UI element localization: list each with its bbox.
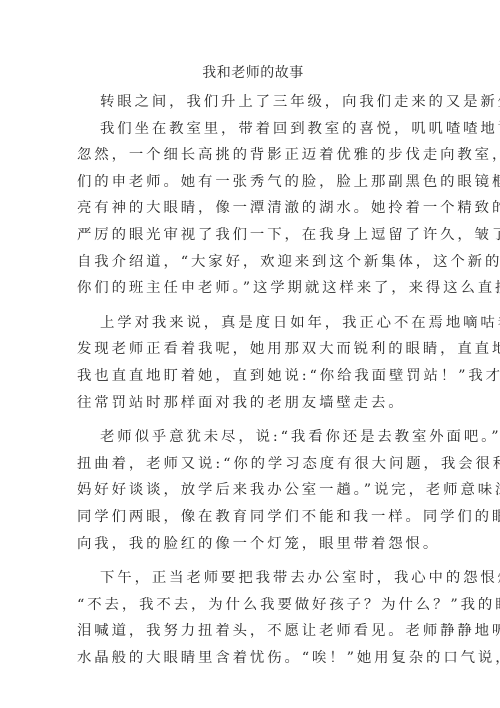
text-line: 们的申老师。她有一张秀气的脸，脸上那副黑色的眼镜框着一双明 (77, 169, 429, 196)
text-line: 妈好好谈谈，放学后来我办公室一趟。”说完，老师意味深长地看了 (77, 477, 429, 504)
paragraph-2: 我们坐在教室里，带着回到教室的喜悦，叽叽喳喳地说笑着。 忽然，一个细长高挑的背影… (77, 116, 429, 302)
text-line: 老师似乎意犹未尽，说:“我看你还是去教室外面吧。”我的脸 (77, 424, 429, 451)
text-line: 自我介绍道，“大家好，欢迎来到这个新集体，这个新的班级，我是 (77, 249, 429, 276)
text-line: 泪喊道，我努力扭着头，不愿让老师看见。老师静静地听着，那双 (77, 618, 429, 645)
text-line: 我也直直地盯着她，直到她说:“你给我面壁罚站！”我才怔住，像 (77, 363, 429, 390)
text-line: 往常罚站时那样面对我的老朋友墙壁走去。 (77, 390, 429, 417)
text-line: 亮有神的大眼睛，像一潭清澈的湖水。她拎着一个精致的小包，用 (77, 195, 429, 222)
document-title: 我和老师的故事 (77, 62, 429, 84)
text-line: 转眼之间，我们升上了三年级，向我们走来的又是新生活! (77, 89, 429, 116)
text-line: 我们坐在教室里，带着回到教室的喜悦，叽叽喳喳地说笑着。 (77, 116, 429, 143)
text-line: 你们的班主任申老师。”这学期就这样来了，来得这么直接。 (77, 275, 429, 302)
text-line: 发现老师正看着我呢，她用那双大而锐利的眼睛，直直地盯着我， (77, 336, 429, 363)
paragraph-3: 上学对我来说，真是度日如年，我正心不在焉地嘀咕着，突然 发现老师正看着我呢，她用… (77, 310, 429, 416)
text-line: 同学们两眼，像在教育同学们不能和我一样。同学们的眼光一并投 (77, 504, 429, 531)
paragraph-4: 老师似乎意犹未尽，说:“我看你还是去教室外面吧。”我的脸 扭曲着，老师又说:“你… (77, 424, 429, 557)
paragraph-spacer (77, 557, 429, 565)
paragraph-5: 下午，正当老师要把我带去办公室时，我心中的怨恨爆发了。 “不去，我不去，为什么我… (77, 565, 429, 671)
text-line: 严厉的眼光审视了我们一下，在我身上逗留了许久，皱了皱眉头， (77, 222, 429, 249)
text-line: 忽然，一个细长高挑的背影正迈着优雅的步伐走向教室，那正是我 (77, 142, 429, 169)
text-line: “不去，我不去，为什么我要做好孩子？为什么？”我的眼里含着 (77, 592, 429, 619)
text-line: 上学对我来说，真是度日如年，我正心不在焉地嘀咕着，突然 (77, 310, 429, 337)
document-page: 我和老师的故事 转眼之间，我们升上了三年级，向我们走来的又是新生活! 我们坐在教… (77, 62, 429, 671)
text-line: 水晶般的大眼睛里含着忧伤。“唉！”她用复杂的口气说，然后拍了 (77, 645, 429, 672)
text-line: 向我，我的脸红的像一个灯笼，眼里带着怨恨。 (77, 531, 429, 558)
paragraph-1: 转眼之间，我们升上了三年级，向我们走来的又是新生活! (77, 89, 429, 116)
paragraph-spacer (77, 302, 429, 310)
paragraph-spacer (77, 416, 429, 424)
text-line: 扭曲着，老师又说:“你的学习态度有很大问题，我会很和你爸爸妈 (77, 451, 429, 478)
text-line: 下午，正当老师要把我带去办公室时，我心中的怨恨爆发了。 (77, 565, 429, 592)
